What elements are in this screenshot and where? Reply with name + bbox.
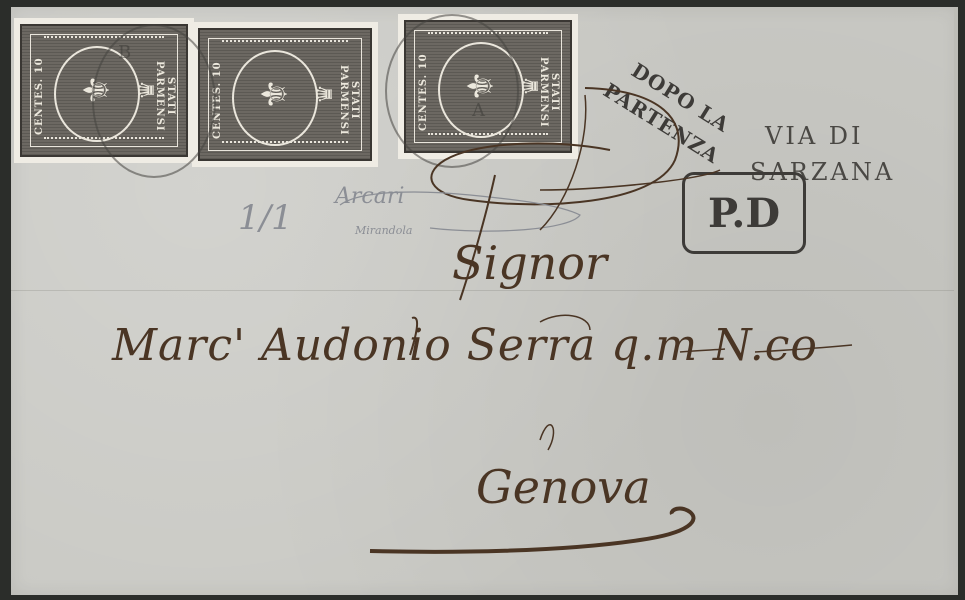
stamp-design: CENTES. 10 ⚜ ♛ STATI PARMENSI: [198, 28, 372, 161]
stamp-value-text: CENTES. 10: [34, 46, 48, 146]
handstamp-pd: P.D: [682, 172, 806, 254]
postmark-left: [92, 24, 216, 178]
pd-text: P.D: [708, 190, 780, 237]
fleur-de-lis-icon: ⚜: [256, 74, 296, 114]
postmark-letter: B: [118, 42, 131, 63]
handstamp-via-di: VIA DI: [765, 122, 864, 150]
stamp-country-text: STATI PARMENSI: [346, 50, 360, 150]
pencil-note: Arcari: [335, 184, 404, 209]
letter-edge: [954, 7, 958, 307]
postmark-right: [385, 14, 519, 168]
stamp-country-text: STATI PARMENSI: [546, 42, 560, 142]
addressee-name: Marc' Audonio Serra q.m N.co: [112, 320, 818, 371]
fold-line: [11, 290, 958, 291]
salutation: Signor: [452, 236, 607, 290]
postmark-letter: A: [472, 100, 485, 121]
pencil-mark: 1/1: [238, 198, 293, 238]
greek-key-border: [222, 40, 348, 52]
pencil-sub-note: Mirandola: [355, 224, 412, 237]
destination-city: Genova: [476, 460, 651, 514]
stamp-2: CENTES. 10 ⚜ ♛ STATI PARMENSI: [192, 22, 378, 167]
